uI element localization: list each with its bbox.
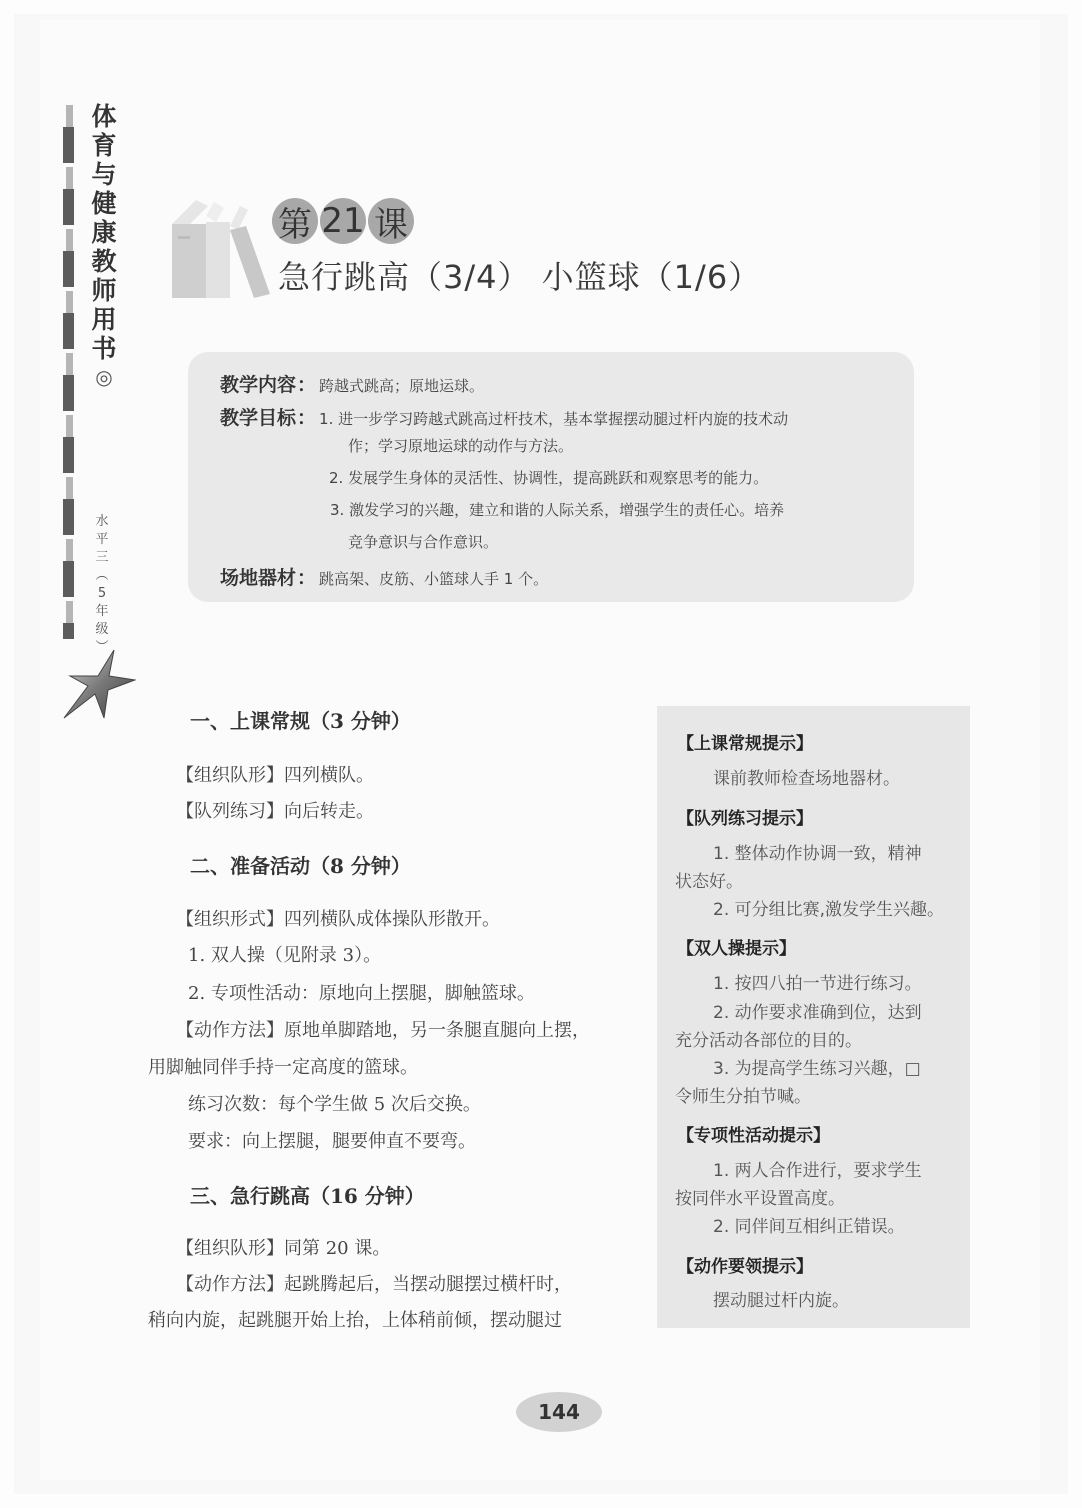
content-row: 教学内容 ： 跨越式跳高；原地运球。 [220, 370, 484, 397]
goal-line: 3. 激发学习的兴趣，建立和谐的人际关系，增强学生的责任心。培养 [330, 499, 784, 520]
level-char: 5 [93, 585, 111, 603]
colon: ： [297, 403, 316, 430]
badge-number: 21 [320, 198, 366, 244]
tip-heading: 【上课常规提示】 [677, 729, 813, 754]
section-heading-2: 二、准备活动（8 分钟） [190, 850, 411, 879]
paragraph: 【组织形式】四列横队成体操队形散开。 [176, 905, 500, 931]
tip-line: 2. 可分组比赛,激发学生兴趣。 [713, 895, 944, 920]
content-label: 教学内容 [220, 370, 296, 397]
badge-char: 第 [272, 198, 318, 244]
paragraph: 用脚触同伴手持一定高度的篮球。 [148, 1053, 418, 1079]
paragraph: 【队列练习】向后转走。 [176, 797, 374, 823]
tip-line: 1. 整体动作协调一致，精神 [713, 839, 922, 864]
tip-heading: 【动作要领提示】 [677, 1252, 813, 1277]
book-title-vertical: 体 育 与 健 康 教 师 用 书 ◎ [90, 102, 118, 392]
paragraph: 2. 专项性活动：原地向上摆腿，脚触篮球。 [188, 979, 535, 1005]
book-title-char: 体 [90, 102, 118, 131]
book-title-char: 康 [90, 218, 118, 247]
paragraph: 【组织队形】四列横队。 [176, 761, 374, 787]
tip-line: 令师生分拍节喊。 [675, 1082, 811, 1107]
paragraph: 稍向内旋，起跳腿开始上抬，上体稍前倾，摆动腿过 [148, 1306, 562, 1332]
section-heading-3: 三、急行跳高（16 分钟） [190, 1180, 425, 1209]
lesson-number-badge: 第 21 课 [272, 198, 414, 244]
content-text: 跨越式跳高；原地运球。 [319, 375, 484, 396]
tips-sidebar: 【上课常规提示】 课前教师检查场地器材。 【队列练习提示】 1. 整体动作协调一… [657, 706, 970, 1328]
level-char: 级 [93, 621, 111, 639]
paragraph: 【组织队形】同第 20 课。 [176, 1234, 390, 1260]
book-title-char: 与 [90, 160, 118, 189]
level-char: 水 [93, 513, 111, 531]
paragraph: 1. 双人操（见附录 3）。 [188, 941, 381, 967]
lesson-info-box: 教学内容 ： 跨越式跳高；原地运球。 教学目标 ： 1. 进一步学习跨越式跳高过… [188, 352, 914, 602]
level-char: 年 [93, 603, 111, 621]
book-title-char: 师 [90, 276, 118, 305]
tip-line: 按同伴水平设置高度。 [675, 1184, 845, 1209]
tip-line: 充分活动各部位的目的。 [675, 1026, 862, 1051]
tip-heading: 【队列练习提示】 [677, 804, 813, 829]
goals-row: 教学目标 ： 1. 进一步学习跨越式跳高过杆技术，基本掌握摆动腿过杆内旋的技术动 [220, 403, 788, 430]
goal-line: 作；学习原地运球的动作与方法。 [348, 435, 573, 456]
tip-line: 课前教师检查场地器材。 [713, 764, 900, 789]
paragraph: 练习次数：每个学生做 5 次后交换。 [188, 1090, 481, 1116]
tip-line: 2. 动作要求准确到位，达到 [713, 998, 922, 1023]
tip-line: 1. 按四八拍一节进行练习。 [713, 969, 922, 994]
tip-line: 摆动腿过杆内旋。 [713, 1286, 849, 1311]
goal-line: 1. 进一步学习跨越式跳高过杆技术，基本掌握摆动腿过杆内旋的技术动 [319, 408, 788, 429]
goals-label: 教学目标 [220, 403, 296, 430]
tip-line: 1. 两人合作进行，要求学生 [713, 1156, 922, 1181]
book-title-char: 教 [90, 247, 118, 276]
books-icon [166, 196, 276, 302]
grade-level-vertical: 水 平 三 ︵ 5 年 级 ︶ [93, 513, 111, 657]
star-icon [62, 648, 136, 720]
book-title-char: 育 [90, 131, 118, 160]
colon: ： [297, 563, 316, 590]
paragraph: 要求：向上摆腿，腿要伸直不要弯。 [188, 1127, 476, 1153]
paragraph: 【动作方法】起跳腾起后，当摆动腿摆过横杆时， [176, 1270, 572, 1296]
level-char: 三 [93, 549, 111, 567]
book-title-char: 书 [90, 334, 118, 363]
level-char: ︵ [93, 567, 111, 585]
lesson-title: 急行跳高（3/4） 小篮球（1/6） [278, 252, 761, 298]
equipment-label: 场地器材 [220, 563, 296, 590]
goal-line: 竞争意识与合作意识。 [348, 531, 498, 552]
tip-heading: 【专项性活动提示】 [677, 1121, 830, 1146]
equipment-row: 场地器材 ： 跳高架、皮筋、小篮球人手 1 个。 [220, 563, 548, 590]
goal-line: 2. 发展学生身体的灵活性、协调性，提高跳跃和观察思考的能力。 [329, 467, 768, 488]
section-heading-1: 一、上课常规（3 分钟） [190, 705, 411, 734]
paragraph: 【动作方法】原地单脚踏地，另一条腿直腿向上摆， [176, 1016, 590, 1042]
tip-line: 3. 为提高学生练习兴趣，□ [713, 1054, 921, 1079]
equipment-text: 跳高架、皮筋、小篮球人手 1 个。 [319, 568, 548, 589]
level-char: 平 [93, 531, 111, 549]
double-circle-icon: ◎ [90, 363, 118, 392]
book-title-char: 健 [90, 189, 118, 218]
tip-line: 状态好。 [675, 867, 743, 892]
book-title-char: 用 [90, 305, 118, 334]
tip-heading: 【双人操提示】 [677, 934, 796, 959]
colon: ： [297, 370, 316, 397]
badge-char: 课 [368, 198, 414, 244]
tip-line: 2. 同伴间互相纠正错误。 [713, 1212, 905, 1237]
page-number: 144 [516, 1392, 602, 1432]
